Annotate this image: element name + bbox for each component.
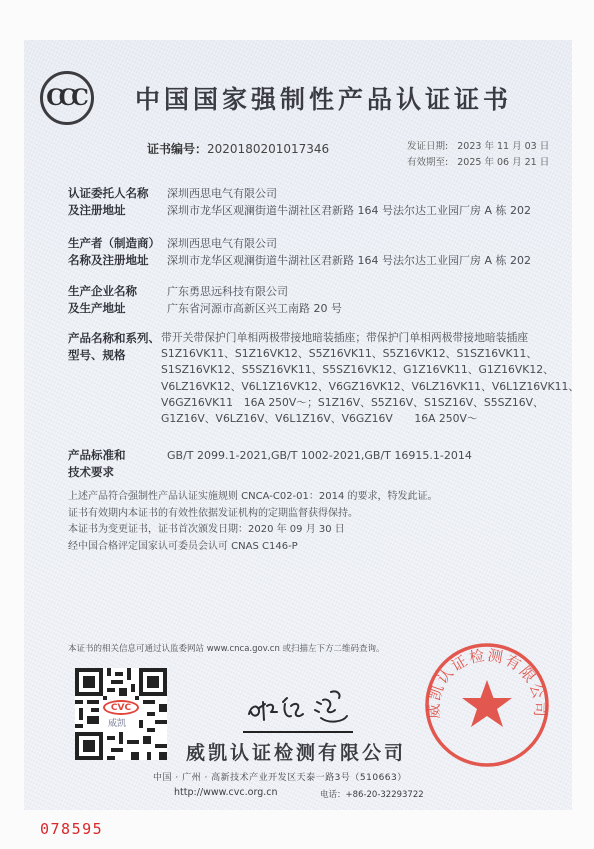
product-line: S1Z16VK11、S1Z16VK12、S5Z16VK11、S5Z16VK12、… <box>161 346 566 362</box>
applicant-label-line2: 及注册地址 <box>68 202 149 219</box>
official-seal: 威凯认证检测有限公司 <box>422 640 552 770</box>
signature-icon <box>243 688 353 728</box>
issue-date-value: 2023 年 11 月 03 日 <box>457 141 549 152</box>
cvc-badge-subtext: 威凯 <box>108 716 126 729</box>
product-models: 带开关带保护门单相两极带接地暗装插座；带保护门单相两极带接地暗装插座 S1Z16… <box>161 330 566 427</box>
issuer-address: 中国 · 广州 · 高新技术产业开发区天泰一路3号（510663） <box>153 770 407 783</box>
cvc-badge: CVC <box>103 700 139 715</box>
query-note: 本证书的相关信息可通过认监委网站 www.cnca.gov.cn 或扫描左下方二… <box>68 642 385 654</box>
product-line: G1Z16V、V6LZ16V、V6L1Z16V、V6GZ16V 16A 250V… <box>161 411 566 427</box>
factory-label: 生产企业名称 及生产地址 <box>68 283 137 317</box>
applicant-value: 深圳西思电气有限公司 深圳市龙华区观澜街道牛湖社区君新路 164 号法尔达工业园… <box>167 185 531 219</box>
product-line: 带开关带保护门单相两极带接地暗装插座；带保护门单相两极带接地暗装插座 <box>161 330 566 346</box>
applicant-label: 认证委托人名称 及注册地址 <box>68 185 149 219</box>
manufacturer-label-line2: 名称及注册地址 <box>68 252 160 269</box>
valid-date-label: 有效期至: <box>407 157 448 168</box>
manufacturer-value: 深圳西思电气有限公司 深圳市龙华区观澜街道牛湖社区君新路 164 号法尔达工业园… <box>167 235 531 269</box>
factory-label-line2: 及生产地址 <box>68 300 137 317</box>
statement-line: 证书有效期内本证书的有效性依据发证机构的定期监督获得保持。 <box>68 506 438 523</box>
product-label: 产品名称和系列、 型号、规格 <box>68 330 160 364</box>
page-title: 中国国家强制性产品认证证书 <box>135 80 512 116</box>
factory-name: 广东勇思远科技有限公司 <box>167 283 342 300</box>
factory-label-line1: 生产企业名称 <box>68 283 137 300</box>
cvc-badge-text: CVC <box>111 703 131 713</box>
manufacturer-label-line1: 生产者（制造商） <box>68 235 160 252</box>
issue-date-label: 发证日期: <box>407 141 448 152</box>
standards-label-line2: 技术要求 <box>68 464 126 481</box>
qr-code[interactable]: CVC 威凯 <box>75 668 167 760</box>
valid-date-row: 有效期至: 2025 年 06 月 21 日 <box>407 155 549 171</box>
manufacturer-address: 深圳市龙华区观澜街道牛湖社区君新路 164 号法尔达工业园厂房 A 栋 202 <box>167 252 531 269</box>
applicant-label-line1: 认证委托人名称 <box>68 185 149 202</box>
applicant-address: 深圳市龙华区观澜街道牛湖社区君新路 164 号法尔达工业园厂房 A 栋 202 <box>167 202 531 219</box>
product-line: V6LZ16VK12、V6L1Z16VK12、V6GZ16VK12、V6LZ16… <box>161 379 566 395</box>
statement-line: 本证书为变更证书，证书首次颁发日期：2020 年 09 月 30 日 <box>68 522 438 539</box>
issue-date-row: 发证日期: 2023 年 11 月 03 日 <box>407 139 549 155</box>
certificate-statements: 上述产品符合强制性产品认证实施规则 CNCA-C02-01：2014 的要求，特… <box>68 489 438 555</box>
standards-label: 产品标准和 技术要求 <box>68 447 126 481</box>
factory-value: 广东勇思远科技有限公司 广东省河源市高新区兴工南路 20 号 <box>167 283 342 317</box>
product-line: V6GZ16VK11 16A 250V～；S1Z16V、S5Z16V、S1SZ1… <box>161 395 566 411</box>
valid-date-value: 2025 年 06 月 21 日 <box>457 157 549 168</box>
certificate-number: 证书编号：2020180201017346 <box>147 140 329 157</box>
manufacturer-name: 深圳西思电气有限公司 <box>167 235 531 252</box>
certificate-number-label: 证书编号： <box>147 142 207 156</box>
statement-line: 经中国合格评定国家认可委员会认可 CNAS C146-P <box>68 539 438 556</box>
seal-star-icon: 威凯认证检测有限公司 <box>422 640 552 770</box>
certificate-dates: 发证日期: 2023 年 11 月 03 日 有效期至: 2025 年 06 月… <box>407 139 549 171</box>
signature-line <box>243 731 353 733</box>
certificate-number-value: 2020180201017346 <box>207 142 329 156</box>
issuer-website-link[interactable]: http://www.cvc.org.cn <box>174 787 278 798</box>
manufacturer-label: 生产者（制造商） 名称及注册地址 <box>68 235 160 269</box>
statement-line: 上述产品符合强制性产品认证实施规则 CNCA-C02-01：2014 的要求，特… <box>68 489 438 506</box>
product-label-line2: 型号、规格 <box>68 347 160 364</box>
signature <box>243 688 353 728</box>
issuer-phone: 电话：+86-20-32293722 <box>320 788 424 800</box>
serial-number: 078595 <box>40 820 103 838</box>
standards-value: GB/T 2099.1-2021,GB/T 1002-2021,GB/T 169… <box>167 447 472 464</box>
standards-label-line1: 产品标准和 <box>68 447 126 464</box>
applicant-name: 深圳西思电气有限公司 <box>167 185 531 202</box>
ccc-logo-text: CCC <box>46 85 84 111</box>
issuer-company-name: 威凯认证检测有限公司 <box>186 738 406 765</box>
factory-address: 广东省河源市高新区兴工南路 20 号 <box>167 300 342 317</box>
ccc-logo: CCC <box>40 71 94 125</box>
product-line: S1SZ16VK12、S5SZ16VK11、S5SZ16VK12、G1Z16VK… <box>161 362 566 378</box>
product-label-line1: 产品名称和系列、 <box>68 330 160 347</box>
